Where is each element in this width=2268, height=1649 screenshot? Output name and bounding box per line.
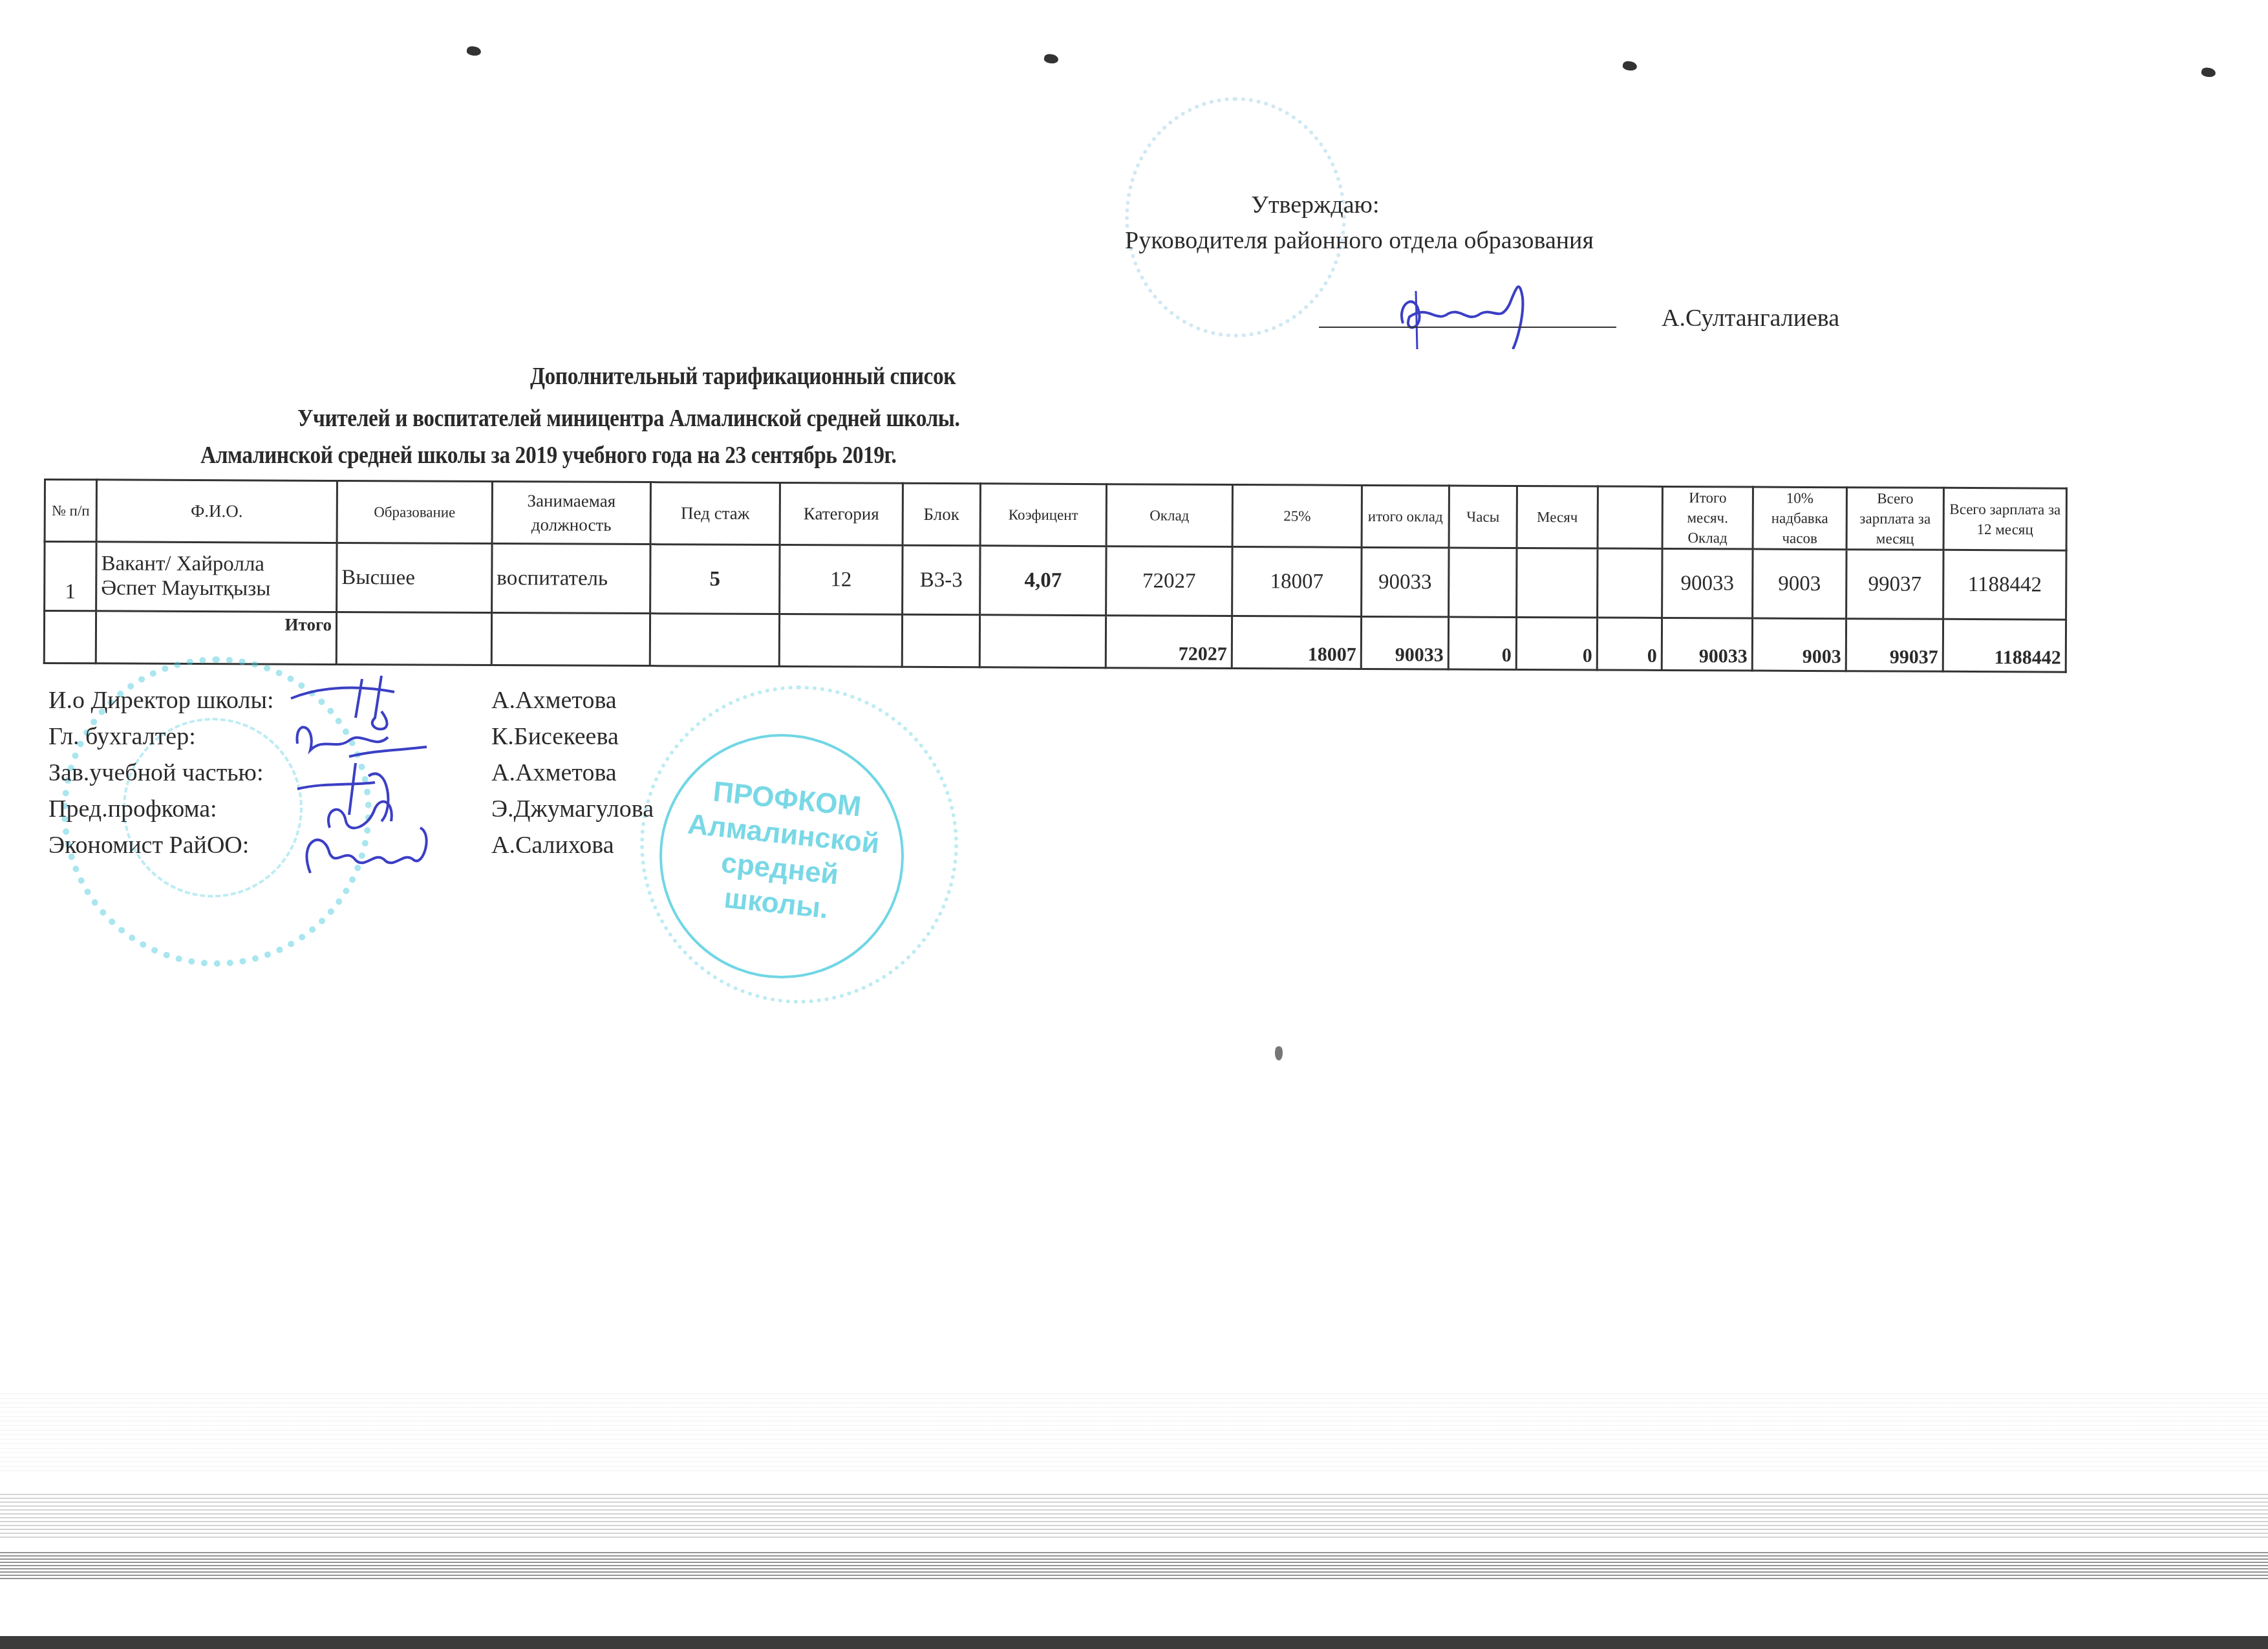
cell-education: Высшее <box>337 543 492 613</box>
cell-fio-line2: Әспет Мауытқызы <box>101 577 332 602</box>
total-hours: 0 <box>1448 617 1516 669</box>
signature-role: И.о Директор школы: <box>48 682 273 718</box>
scan-speck <box>2201 67 2216 78</box>
cell-fio-line1: Вакант/ Хайролла <box>101 552 332 577</box>
table-row: 1 Вакант/ Хайролла Әспет Мауытқызы Высше… <box>45 542 2066 620</box>
cell-position: воспитатель <box>492 544 650 614</box>
profkom-stamp-line: Алмалинской <box>663 804 904 864</box>
signature-role: Экономист РайОО: <box>48 827 273 863</box>
approval-title: Утверждаю: <box>1251 191 1380 219</box>
cell-ped-stazh: 5 <box>650 544 780 614</box>
cell-monthly <box>1517 548 1598 618</box>
table-header-row: № п/п Ф.И.О. Образование Занимаемая долж… <box>45 480 2066 551</box>
scan-noise <box>0 1494 2268 1539</box>
cell-fio: Вакант/ Хайролла Әспет Мауытқызы <box>96 542 337 612</box>
col-header-ped-stazh: Пед стаж <box>650 482 780 545</box>
cell-itogo-oklad: 90033 <box>1362 548 1449 618</box>
signature-name: К.Бисекеева <box>491 718 654 755</box>
approval-name: А.Султангалиева <box>1662 304 1839 332</box>
cell-num: 1 <box>45 542 96 611</box>
profkom-stamp: ПРОФКОМ Алмалинской средней школы. <box>659 734 904 978</box>
profkom-stamp-outer <box>640 685 958 1004</box>
total-cell-empty <box>650 614 779 667</box>
col-header-block: Блок <box>903 483 980 546</box>
total-cell-empty <box>336 612 491 665</box>
signature-name: А.Ахметова <box>491 682 654 718</box>
col-header-position: Занимаемая должность <box>492 482 650 544</box>
signature-name: Э.Джумагулова <box>491 791 654 827</box>
col-header-total-month: Всего зарплата за месяц <box>1846 488 1943 550</box>
col-header-coefficient: Коэфицент <box>980 484 1106 546</box>
scanner-edge <box>0 1636 2268 1649</box>
total-total-month: 99037 <box>1846 619 1943 672</box>
total-label: Итого <box>96 611 336 665</box>
cell-block: В3-3 <box>903 545 980 615</box>
col-header-hours: Часы <box>1449 486 1517 548</box>
col-header-itogo-oklad: итого оклад <box>1362 485 1449 548</box>
cell-bonus10: 9003 <box>1753 549 1846 619</box>
total-oklad: 72027 <box>1106 616 1232 669</box>
col-header-num: № п/п <box>45 480 96 542</box>
cell-hours <box>1449 548 1517 617</box>
cell-total-12: 1188442 <box>1943 550 2066 620</box>
document-title: Дополнительный тарификационный список <box>530 362 956 391</box>
total-cell-num <box>44 611 96 663</box>
col-header-25pct: 25% <box>1232 485 1362 548</box>
signature-name: А.Ахметова <box>491 755 654 791</box>
col-header-fio: Ф.И.О. <box>96 480 337 543</box>
col-header-itogo-month-oklad: Итого месяч. Оклад <box>1662 486 1753 549</box>
handwritten-signatures <box>284 666 453 879</box>
approval-signature <box>1390 278 1539 349</box>
cell-coefficient: 4,07 <box>980 546 1106 616</box>
scan-noise <box>0 1552 2268 1581</box>
profkom-stamp-text: ПРОФКОМ Алмалинской средней школы. <box>656 770 908 933</box>
total-monthly: 0 <box>1516 618 1597 671</box>
total-cell-empty <box>902 614 979 667</box>
cell-itogo-month-oklad: 90033 <box>1662 549 1753 619</box>
cell-oklad: 72027 <box>1106 546 1232 616</box>
total-cell-empty <box>779 614 902 667</box>
total-bonus10: 9003 <box>1752 618 1846 671</box>
signature-role: Зав.учебной частью: <box>48 755 273 791</box>
signature-name: А.Салихова <box>491 827 654 863</box>
total-total-12: 1188442 <box>1943 619 2066 672</box>
total-25pct: 18007 <box>1232 616 1361 669</box>
scan-speck <box>466 45 482 57</box>
table-total-row: Итого 72027 18007 90033 0 0 0 90033 9003… <box>44 611 2066 673</box>
profkom-stamp-line: школы. <box>656 874 897 933</box>
col-header-total-12: Всего зарплата за 12 месяц <box>1943 488 2066 550</box>
signature-role: Пред.профкома: <box>48 791 273 827</box>
document-period: Алмалинской средней школы за 2019 учебно… <box>200 441 897 469</box>
col-header-oklad: Оклад <box>1106 484 1232 547</box>
approval-signature-line <box>1319 327 1616 328</box>
signature-role: Гл. бухгалтер: <box>48 718 273 755</box>
col-header-education: Образование <box>337 480 492 543</box>
scan-speck <box>1043 53 1059 65</box>
total-cell-empty <box>491 613 650 666</box>
approval-subtitle: Руководителя районного отдела образовани… <box>1125 226 1594 255</box>
cell-blank <box>1598 548 1662 618</box>
profkom-stamp-line: ПРОФКОМ <box>667 770 908 829</box>
scan-mark <box>1275 1046 1283 1061</box>
total-itogo-oklad: 90033 <box>1361 617 1448 670</box>
cell-category: 12 <box>780 545 903 615</box>
signatures-roles: И.о Директор школы: Гл. бухгалтер: Зав.у… <box>48 682 273 863</box>
profkom-stamp-line: средней <box>659 839 901 899</box>
cell-total-month: 99037 <box>1846 550 1943 620</box>
total-itogo-month-oklad: 90033 <box>1662 618 1752 671</box>
total-cell-empty <box>979 615 1106 668</box>
col-header-monthly: Месяч <box>1517 486 1598 548</box>
col-header-category: Категория <box>780 482 903 545</box>
signatures-names: А.Ахметова К.Бисекеева А.Ахметова Э.Джум… <box>491 682 654 863</box>
tariff-table: № п/п Ф.И.О. Образование Занимаемая долж… <box>43 479 2068 673</box>
scan-noise <box>0 1394 2268 1471</box>
total-blank: 0 <box>1597 618 1662 670</box>
col-header-bonus10: 10% надбавка часов <box>1753 487 1846 550</box>
scan-speck <box>1622 60 1638 72</box>
document-subtitle: Учителей и воспитателей миницентра Алмал… <box>297 404 959 433</box>
col-header-blank <box>1598 486 1662 549</box>
cell-25pct: 18007 <box>1232 547 1362 617</box>
